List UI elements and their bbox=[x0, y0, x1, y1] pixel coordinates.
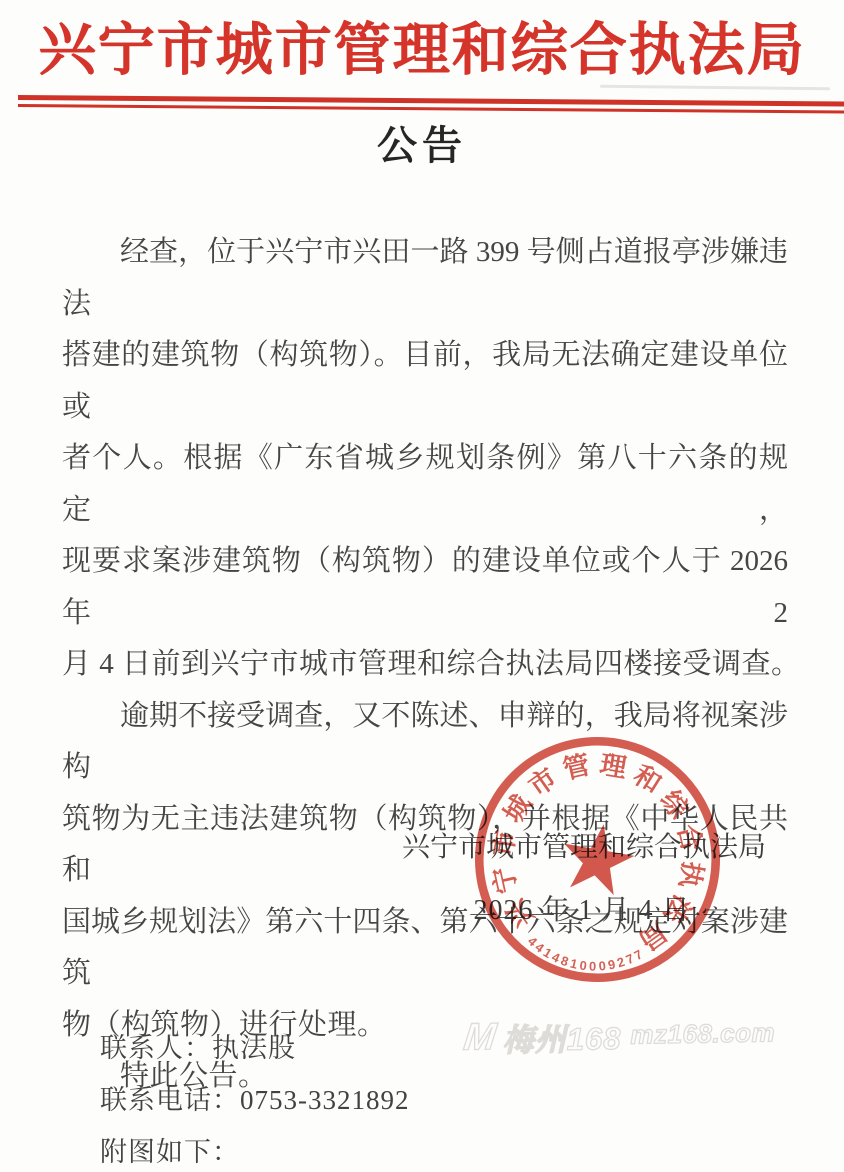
official-seal: 兴宁市城市管理和综合执法局 4414810009277 bbox=[429, 707, 766, 1012]
body-line: 者个人。根据《广东省城乡规划条例》第八十六条的规定， bbox=[62, 433, 788, 536]
body-line: 现要求案涉建筑物（构筑物）的建设单位或个人于 2026 年 2 bbox=[62, 536, 788, 639]
contact-block: 联系人：执法股 联系电话：0753-3321892 附图如下： bbox=[100, 1022, 410, 1172]
document-page: 兴宁市城市管理和综合执法局 公告 经查，位于兴宁市兴田一路 399 号侧占道报亭… bbox=[0, 0, 844, 1172]
attachment-note: 附图如下： bbox=[100, 1126, 410, 1172]
watermark-logo-icon: M bbox=[461, 1016, 496, 1060]
body-line: 月 4 日前到兴宁市城市管理和综合执法局四楼接受调查。 bbox=[62, 639, 788, 691]
document-title: 公告 bbox=[0, 121, 844, 171]
contact-phone: 联系电话：0753-3321892 bbox=[100, 1074, 410, 1126]
body-line: 经查，位于兴宁市兴田一路 399 号侧占道报亭涉嫌违法 bbox=[62, 227, 788, 330]
body-line: 搭建的建筑物（构筑物）。目前，我局无法确定建设单位或 bbox=[62, 330, 788, 433]
watermark-site-name: 梅州168 bbox=[502, 1013, 622, 1060]
seal-graphic: 兴宁市城市管理和综合执法局 4414810009277 bbox=[429, 707, 766, 1012]
letterhead-divider bbox=[18, 95, 844, 113]
site-watermark: M 梅州168 mz168.com bbox=[464, 1010, 776, 1060]
seal-star-icon bbox=[557, 818, 639, 898]
letterhead-agency-title: 兴宁市城市管理和综合执法局 bbox=[0, 14, 844, 88]
contact-person: 联系人：执法股 bbox=[100, 1022, 410, 1074]
watermark-domain: mz168.com bbox=[630, 1017, 775, 1051]
